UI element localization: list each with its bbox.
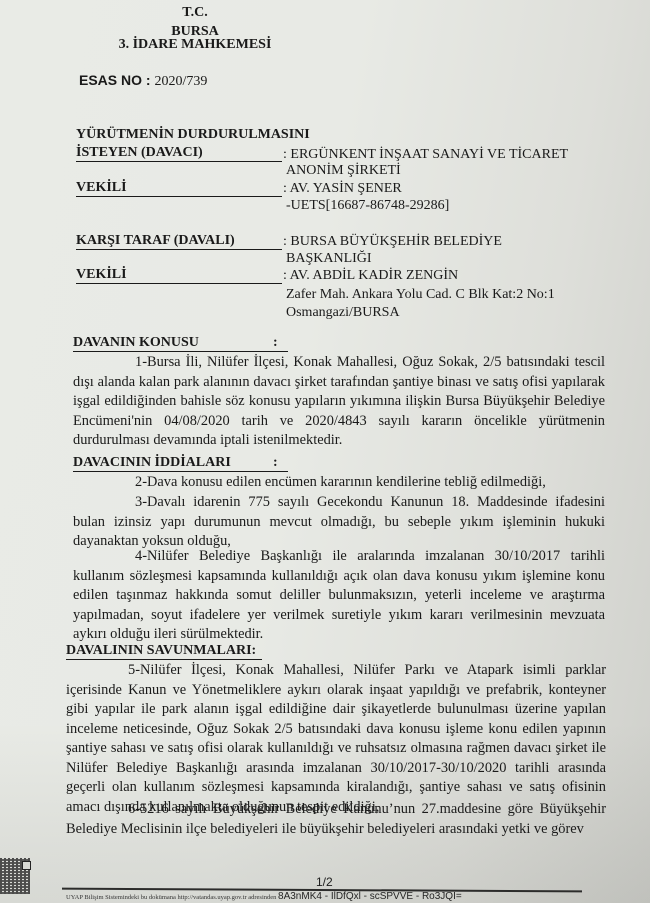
- defendant-value-2: BAŞKANLIĞI: [286, 251, 372, 267]
- paragraph-4: 4-Nilüfer Belediye Başkanlığı ile aralar…: [73, 547, 605, 645]
- paragraph-2: 2-Dava konusu edilen encümen kararının k…: [73, 473, 605, 493]
- plaintiff-title: YÜRÜTMENİN DURDURULMASINI: [76, 127, 310, 143]
- case-number-value: 2020/739: [154, 74, 207, 89]
- paragraph-3-text: 3-Davalı idarenin 775 sayılı Gecekondu K…: [73, 494, 605, 549]
- defendant-counsel-address: Zafer Mah. Ankara Yolu Cad. C Blk Kat:2 …: [286, 287, 555, 303]
- header-tc: T.C.: [95, 5, 295, 21]
- section-subject-colon: :: [273, 335, 278, 351]
- paragraph-1: 1-Bursa İli, Nilüfer İlçesi, Konak Mahal…: [73, 353, 605, 451]
- plaintiff-value: : ERGÜNKENT İNŞAAT SANAYİ VE TİCARET: [283, 147, 568, 163]
- footer-uyap-note: UYAP Bilişim Sistemindeki bu dokümana ht…: [66, 891, 462, 902]
- qr-code-corner: [22, 861, 31, 870]
- section-defense-title: DAVALININ SAVUNMALARI:: [66, 643, 262, 660]
- defendant-counsel-value: : AV. ABDİL KADİR ZENGİN: [283, 268, 458, 284]
- paragraph-1-text: 1-Bursa İli, Nilüfer İlçesi, Konak Mahal…: [73, 354, 605, 448]
- section-claims-title: DAVACININ İDDİALARI :: [73, 455, 288, 472]
- section-claims-colon: :: [273, 455, 278, 471]
- case-number: ESAS NO : 2020/739: [79, 72, 207, 90]
- page-number: 1/2: [316, 875, 333, 889]
- footer-uyap-text: UYAP Bilişim Sistemindeki bu dokümana ht…: [66, 894, 276, 901]
- plaintiff-counsel-uets: -UETS[16687-86748-29286]: [286, 198, 449, 214]
- defendant-counsel-city: Osmangazi/BURSA: [286, 305, 400, 321]
- plaintiff-value-2: ANONİM ŞİRKETİ: [286, 163, 401, 179]
- section-subject-title-text: DAVANIN KONUSU: [73, 335, 199, 350]
- paragraph-4-text: 4-Nilüfer Belediye Başkanlığı ile aralar…: [73, 548, 605, 642]
- header-court: 3. İDARE MAHKEMESİ: [95, 37, 295, 53]
- defendant-counsel-label: VEKİLİ: [76, 267, 282, 284]
- case-number-label: ESAS NO :: [79, 72, 151, 88]
- paragraph-6: 6-5216 sayılı Büyükşehir Belediye Kanunu…: [66, 800, 606, 839]
- plaintiff-counsel-value: : AV. YASİN ŞENER: [283, 181, 402, 197]
- paragraph-5-text: 5-Nilüfer İlçesi, Konak Mahallesi, Nilüf…: [66, 662, 606, 815]
- section-subject-title: DAVANIN KONUSU :: [73, 335, 288, 352]
- paragraph-6-text: 6-5216 sayılı Büyükşehir Belediye Kanunu…: [66, 801, 606, 837]
- section-claims-title-text: DAVACININ İDDİALARI: [73, 455, 231, 470]
- defendant-label: KARŞI TARAF (DAVALI): [76, 233, 282, 250]
- plaintiff-counsel-label: VEKİLİ: [76, 180, 282, 197]
- defendant-value: : BURSA BÜYÜKŞEHİR BELEDİYE: [283, 234, 502, 250]
- paragraph-2-text: 2-Dava konusu edilen encümen kararının k…: [135, 474, 546, 490]
- footer-verification-code: 8A3nMK4 - IlDfQxl - scSPVVE - Ro3JQI=: [278, 891, 462, 902]
- plaintiff-label: İSTEYEN (DAVACI): [76, 145, 282, 162]
- paragraph-3: 3-Davalı idarenin 775 sayılı Gecekondu K…: [73, 493, 605, 552]
- paragraph-5: 5-Nilüfer İlçesi, Konak Mahallesi, Nilüf…: [66, 661, 606, 817]
